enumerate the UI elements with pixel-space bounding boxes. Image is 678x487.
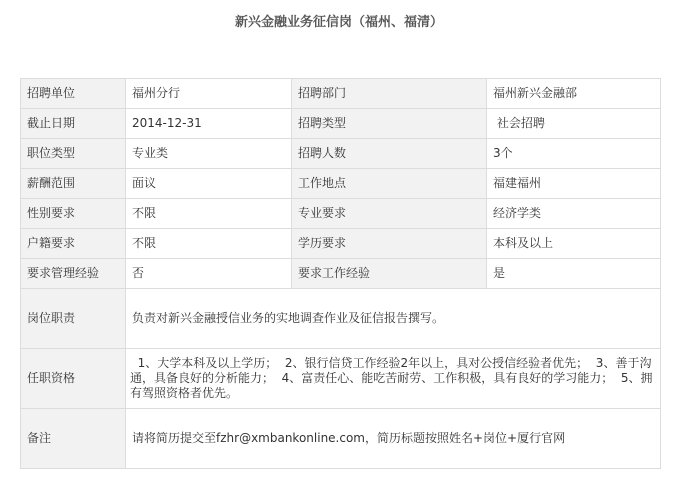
job-duties-text: 负责对新兴金融授信业务的实地调查作业及征信报告撰写。 (132, 311, 654, 326)
label-major-requirement: 专业要求 (292, 199, 487, 229)
label-remarks: 备注 (21, 409, 126, 469)
value-salary-range: 面议 (126, 169, 292, 199)
job-info-table: 招聘单位 福州分行 招聘部门 福州新兴金融部 截止日期 2014-12-31 招… (20, 78, 661, 469)
table-row-remarks: 备注 请将简历提交至fzhr@xmbankonline.com，简历标题按照姓名… (21, 409, 661, 469)
value-work-experience: 是 (487, 259, 661, 289)
table-row-qualifications: 任职资格 1、大学本科及以上学历； 2、银行信贷工作经验2年以上，具对公授信经验… (21, 349, 661, 409)
value-major-requirement: 经济学类 (487, 199, 661, 229)
label-work-experience: 要求工作经验 (292, 259, 487, 289)
value-remarks: 请将简历提交至fzhr@xmbankonline.com，简历标题按照姓名+岗位… (126, 409, 661, 469)
label-management-experience: 要求管理经验 (21, 259, 126, 289)
label-salary-range: 薪酬范围 (21, 169, 126, 199)
label-gender-requirement: 性别要求 (21, 199, 126, 229)
label-household-requirement: 户籍要求 (21, 229, 126, 259)
value-education-requirement: 本科及以上 (487, 229, 661, 259)
value-job-duties: 负责对新兴金融授信业务的实地调查作业及征信报告撰写。 (126, 289, 661, 349)
remarks-text: 请将简历提交至fzhr@xmbankonline.com，简历标题按照姓名+岗位… (132, 431, 654, 446)
value-recruiting-unit: 福州分行 (126, 79, 292, 109)
value-gender-requirement: 不限 (126, 199, 292, 229)
value-qualifications: 1、大学本科及以上学历； 2、银行信贷工作经验2年以上，具对公授信经验者优先； … (126, 349, 661, 409)
label-job-duties: 岗位职责 (21, 289, 126, 349)
value-recruitment-type: 社会招聘 (487, 109, 661, 139)
table-row-experience: 要求管理经验 否 要求工作经验 是 (21, 259, 661, 289)
label-education-requirement: 学历要求 (292, 229, 487, 259)
value-position-type: 专业类 (126, 139, 292, 169)
value-work-location: 福建福州 (487, 169, 661, 199)
value-recruiting-department: 福州新兴金融部 (487, 79, 661, 109)
table-row-gender: 性别要求 不限 专业要求 经济学类 (21, 199, 661, 229)
value-headcount: 3个 (487, 139, 661, 169)
table-row-deadline: 截止日期 2014-12-31 招聘类型 社会招聘 (21, 109, 661, 139)
table-row-salary: 薪酬范围 面议 工作地点 福建福州 (21, 169, 661, 199)
table-row-recruiting-unit: 招聘单位 福州分行 招聘部门 福州新兴金融部 (21, 79, 661, 109)
label-recruiting-department: 招聘部门 (292, 79, 487, 109)
table-row-position-type: 职位类型 专业类 招聘人数 3个 (21, 139, 661, 169)
label-headcount: 招聘人数 (292, 139, 487, 169)
value-household-requirement: 不限 (126, 229, 292, 259)
label-position-type: 职位类型 (21, 139, 126, 169)
value-deadline: 2014-12-31 (126, 109, 292, 139)
table-row-household: 户籍要求 不限 学历要求 本科及以上 (21, 229, 661, 259)
label-work-location: 工作地点 (292, 169, 487, 199)
label-deadline: 截止日期 (21, 109, 126, 139)
value-management-experience: 否 (126, 259, 292, 289)
label-recruiting-unit: 招聘单位 (21, 79, 126, 109)
label-qualifications: 任职资格 (21, 349, 126, 409)
qualifications-text: 1、大学本科及以上学历； 2、银行信贷工作经验2年以上，具对公授信经验者优先； … (130, 356, 654, 401)
page-title: 新兴金融业务征信岗（福州、福清） (0, 11, 678, 30)
label-recruitment-type: 招聘类型 (292, 109, 487, 139)
table-row-duties: 岗位职责 负责对新兴金融授信业务的实地调查作业及征信报告撰写。 (21, 289, 661, 349)
